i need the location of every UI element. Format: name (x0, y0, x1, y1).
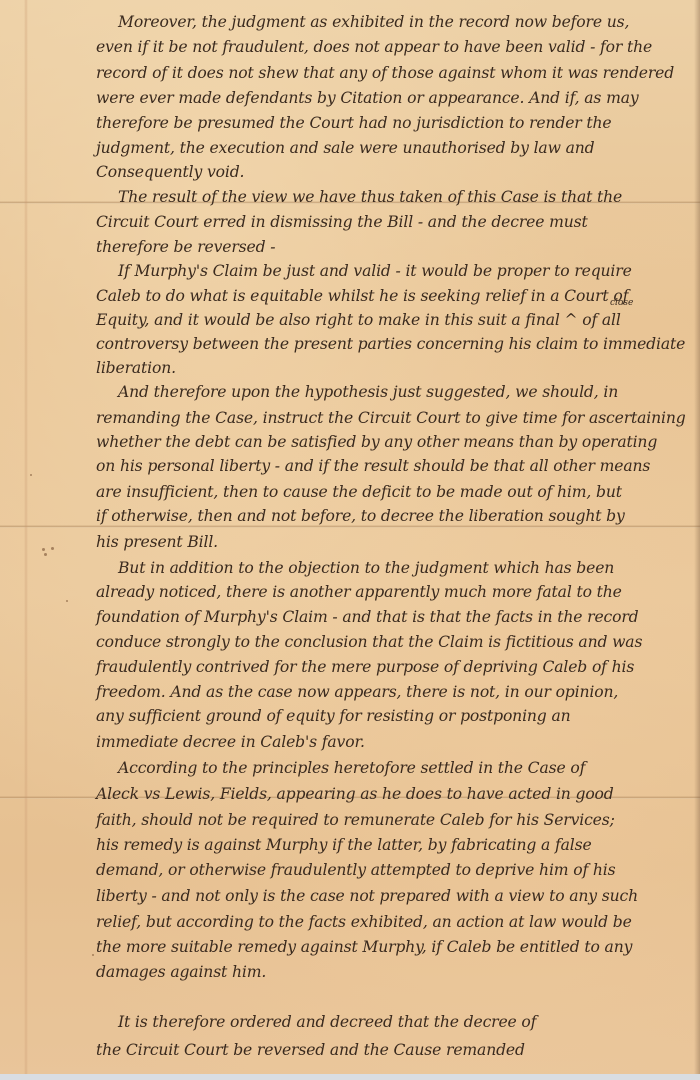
text-line: If Murphy's Claim be just and valid - it… (118, 261, 700, 281)
text-line: And therefore upon the hypothesis just s… (118, 382, 700, 402)
text-line: faith, should not be required to remuner… (96, 810, 686, 830)
text-line: record of it does not shew that any of t… (96, 63, 686, 83)
text-line: freedom. And as the case now appears, th… (96, 682, 686, 702)
text-line: liberty - and not only is the case not p… (96, 886, 686, 906)
text-line: on his personal liberty - and if the res… (96, 456, 686, 476)
text-line: were ever made defendants by Citation or… (96, 88, 686, 108)
text-line: his remedy is against Murphy if the latt… (96, 835, 686, 855)
text-line: The result of the view we have thus take… (118, 187, 700, 207)
text-line: controversy between the present parties … (96, 334, 686, 354)
text-line: damages against him. (96, 962, 686, 982)
text-line: conduce strongly to the conclusion that … (96, 632, 686, 652)
text-line: It is therefore ordered and decreed that… (118, 1012, 700, 1032)
text-line: judgment, the execution and sale were un… (96, 138, 686, 158)
text-line: any sufficient ground of equity for resi… (96, 706, 686, 726)
text-line: demand, or otherwise fraudulently attemp… (96, 860, 686, 880)
text-line: his present Bill. (96, 532, 686, 552)
text-line: the more suitable remedy against Murphy,… (96, 937, 686, 957)
text-line: liberation. (96, 358, 686, 378)
text-line: if otherwise, then and not before, to de… (96, 506, 686, 526)
text-line: therefore be presumed the Court had no j… (96, 113, 686, 133)
text-line: whether the debt can be satisfied by any… (96, 432, 686, 452)
text-line: But in addition to the objection to the … (118, 558, 700, 578)
text-line: Equity, and it would be also right to ma… (96, 310, 686, 330)
text-line: According to the principles heretofore s… (118, 758, 700, 778)
text-line: already noticed, there is another appare… (96, 582, 686, 602)
text-line: Aleck vs Lewis, Fields, appearing as he … (96, 784, 686, 804)
text-line: Caleb to do what is equitable whilst he … (96, 286, 686, 306)
text-line: Moreover, the judgment as exhibited in t… (118, 12, 700, 32)
text-line: the Circuit Court be reversed and the Ca… (96, 1040, 686, 1060)
text-line: Circuit Court erred in dismissing the Bi… (96, 212, 686, 232)
text-line: fraudulently contrived for the mere purp… (96, 657, 686, 677)
text-line: Consequently void. (96, 162, 686, 182)
text-line: remanding the Case, instruct the Circuit… (96, 408, 686, 428)
manuscript-page: Moreover, the judgment as exhibited in t… (0, 0, 700, 1080)
handwritten-text-block: Moreover, the judgment as exhibited in t… (0, 0, 700, 1080)
text-line: are insufficient, then to cause the defi… (96, 482, 686, 502)
text-line: relief, but according to the facts exhib… (96, 912, 686, 932)
text-line: immediate decree in Caleb's favor. (96, 732, 686, 752)
text-line: therefore be reversed - (96, 237, 686, 257)
interlinear-insertion: close (610, 298, 633, 308)
text-line: even if it be not fraudulent, does not a… (96, 37, 686, 57)
text-line: foundation of Murphy's Claim - and that … (96, 607, 686, 627)
